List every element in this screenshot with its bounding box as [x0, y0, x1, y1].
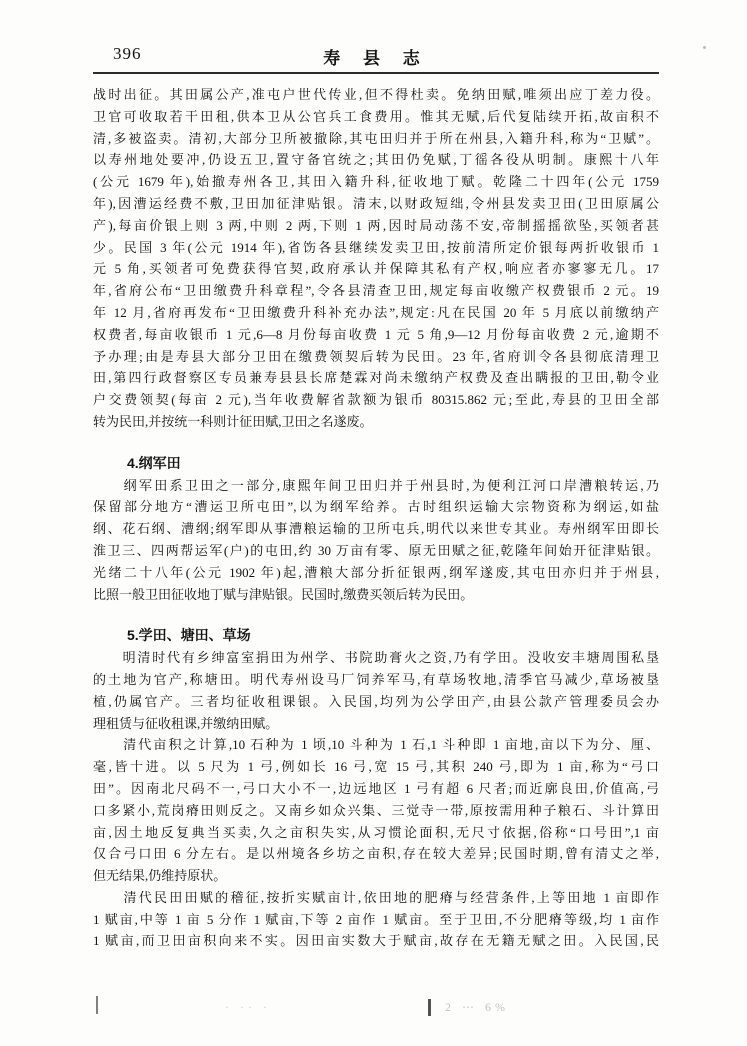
paragraph: 清代民田田赋的稽征,按折实赋亩计,依田地的肥瘠与经营条件,上等田地 1 亩即作1…: [93, 887, 659, 952]
text-line: 光绪二十八年(公元 1902 年)起,漕粮大部分折征银两,纲军遂废,其屯田亦归并…: [93, 562, 659, 584]
paragraph: 战时出征。其田属公产,准屯户世代传业,但不得杜卖。免纳田赋,唯须出应丁差力役。卫…: [93, 84, 659, 433]
text-line: 理租赁与征收租课,并缴纳田赋。: [93, 713, 659, 735]
text-line: 少。民国 3 年(公元 1914 年),省饬各县继续发卖卫田,按前清所定价银每两…: [93, 237, 659, 259]
text-line: 纲军田系卫田之一部分,康熙年间卫田归并于州县时,为便利江河口岸漕粮转运,乃: [93, 475, 659, 497]
text-line: 1 赋亩,中等 1 亩 5 分作 1 赋亩,下等 2 亩作 1 赋亩。至于卫田,…: [93, 909, 659, 931]
text-line: 清代民田田赋的稽征,按折实赋亩计,依田地的肥瘠与经营条件,上等田地 1 亩即作: [93, 887, 659, 909]
scan-artifact-left-tick: [96, 996, 98, 1014]
text-line: 植,仍属官产。三者均征收租课银。入民国,均列为公学田产,由县公款产管理委员会办: [93, 691, 659, 713]
text-line: 淮卫三、四两帮运军(户)的屯田,约 30 万亩有零、原无田赋之征,乾隆年间始开征…: [93, 540, 659, 562]
text-line: 战时出征。其田属公产,准屯户世代传业,但不得杜卖。免纳田赋,唯须出应丁差力役。: [93, 84, 659, 106]
text-line: 仅合弓口田 6 分左右。是以州境各乡坊之亩积,存在较大差异;民国时期,曾有清丈之…: [93, 843, 659, 865]
text-line: 比照一般卫田征收地丁赋与津贴银。民国时,缴费买领后转为民田。: [93, 584, 659, 606]
scan-artifact-dot: [703, 46, 706, 49]
text-line: 卫官可收取若干田租,供本卫从公官兵工食费用。惟其无赋,后代复陆续开拓,故亩积不: [93, 106, 659, 128]
text-line: 予办理;由是寿县大部分卫田在缴费领契后转为民田。23 年,省府训令各县彻底清理卫: [93, 346, 659, 368]
text-line: 转为民田,并按统一科则计征田赋,卫田之名遂废。: [93, 411, 659, 433]
paragraph: 纲军田系卫田之一部分,康熙年间卫田归并于州县时,为便利江河口岸漕粮转运,乃保留部…: [93, 475, 659, 606]
page-header: 396 寿 县 志: [93, 0, 659, 71]
text-line: 的土地为官产,称塘田。明代寿州设马厂饲养军马,有草场牧地,清季官马减少,草场被垦: [93, 669, 659, 691]
text-line: 纲、花石纲、漕纲;纲军即从事漕粮运输的卫所屯兵,明代以来世专其业。寿州纲军田即长: [93, 518, 659, 540]
book-title: 寿 县 志: [93, 44, 659, 69]
text-line: 毫,皆十进。以 5 尺为 1 弓,例如长 16 弓,宽 15 弓,其积 240 …: [93, 756, 659, 778]
text-line: 清,多被盗卖。清初,大部分卫所被撤除,其屯田归并于所在州县,入籍升科,称为“卫赋…: [93, 128, 659, 150]
scan-artifact-center-smudge: · ·· ·: [225, 1000, 271, 1015]
text-line: 元 5 角,买领者可免费获得官契,政府承认并保障其私有产权,响应者亦寥寥无几。1…: [93, 258, 659, 280]
text-line: 田,第四行政督察区专员兼寿县县长席楚霖对尚未缴纳产权费及查出瞒报的卫田,勒令业: [93, 367, 659, 389]
text-line: 年),因漕运经费不敷,卫田加征津贴银。清末,以财政短绌,令州县发卖卫田(卫田原属…: [93, 193, 659, 215]
text-line: 年,省府公布“卫田缴费升科章程”,令各县清查卫田,规定每亩收缴产权费银币 2 元…: [93, 280, 659, 302]
text-line: 清代亩积之计算,10 石种为 1 顷,10 斗种为 1 石,1 斗种即 1 亩地…: [93, 734, 659, 756]
text-line: 以寿州地处要冲,仍设五卫,置守备官统之;其田仍免赋,丁徭各役从明制。康熙十八年: [93, 149, 659, 171]
section-heading: 5.学田、塘田、草场: [93, 625, 659, 647]
text-line: 年 12 月,省府再发布“卫田缴费升科补充办法”,规定:凡在民国 20 年 5 …: [93, 302, 659, 324]
section-heading: 4.纲军田: [93, 453, 659, 475]
text-line: (公元 1679 年),始撤寿州各卫,其田入籍升科,征收地丁赋。乾隆二十四年(公…: [93, 171, 659, 193]
scan-artifact-right-smudge: 2 ⋯ 6%: [445, 1000, 509, 1015]
paragraph: 明清时代有乡绅富室捐田为州学、书院助膏火之资,乃有学田。没收安丰塘周围私垦的土地…: [93, 647, 659, 734]
paragraph: 清代亩积之计算,10 石种为 1 顷,10 斗种为 1 石,1 斗种即 1 亩地…: [93, 734, 659, 887]
scan-artifact-right-tick: [428, 999, 431, 1016]
text-line: 但无结果,仍维持原状。: [93, 865, 659, 887]
scanned-book-page: 396 寿 县 志 战时出征。其田属公产,准屯户世代传业,但不得杜卖。免纳田赋,…: [0, 0, 747, 1046]
text-line: 1 赋亩,而卫田亩积向来不实。因田亩实数大于赋亩,故存在无籍无赋之田。入民国,民: [93, 930, 659, 952]
text-line: 户交费领契(每亩 2 元),当年收费解省款额为银币 80315.862 元;至此…: [93, 389, 659, 411]
text-line: 产),每亩价银上则 3 两,中则 2 两,下则 1 两,因时局动荡不安,帝制摇摇…: [93, 215, 659, 237]
text-line: 田”。因南北尺码不一,弓口大小不一,边远地区 1 弓有超 6 尺者;而近廓良田,…: [93, 778, 659, 800]
page-content: 396 寿 县 志 战时出征。其田属公产,准屯户世代传业,但不得杜卖。免纳田赋,…: [93, 0, 659, 952]
text-line: 亩,因土地反复典当买卖,久之亩积失实,从习惯论面积,无尺寸依据,俗称“口号田”,…: [93, 822, 659, 844]
text-line: 明清时代有乡绅富室捐田为州学、书院助膏火之资,乃有学田。没收安丰塘周围私垦: [93, 647, 659, 669]
text-line: 权费者,每亩收银币 1 元,6—8 月份每亩收费 1 元 5 角,9—12 月份…: [93, 324, 659, 346]
text-line: 口多紧小,荒岗瘠田则反之。又南乡如众兴集、三觉寺一带,原按需用种子粮石、斗计算田: [93, 800, 659, 822]
text-blocks: 战时出征。其田属公产,准屯户世代传业,但不得杜卖。免纳田赋,唯须出应丁差力役。卫…: [93, 74, 659, 952]
text-line: 保留部分地方“漕运卫所屯田”,以为纲军给养。古时组织运输大宗物资称为纲运,如盐: [93, 496, 659, 518]
